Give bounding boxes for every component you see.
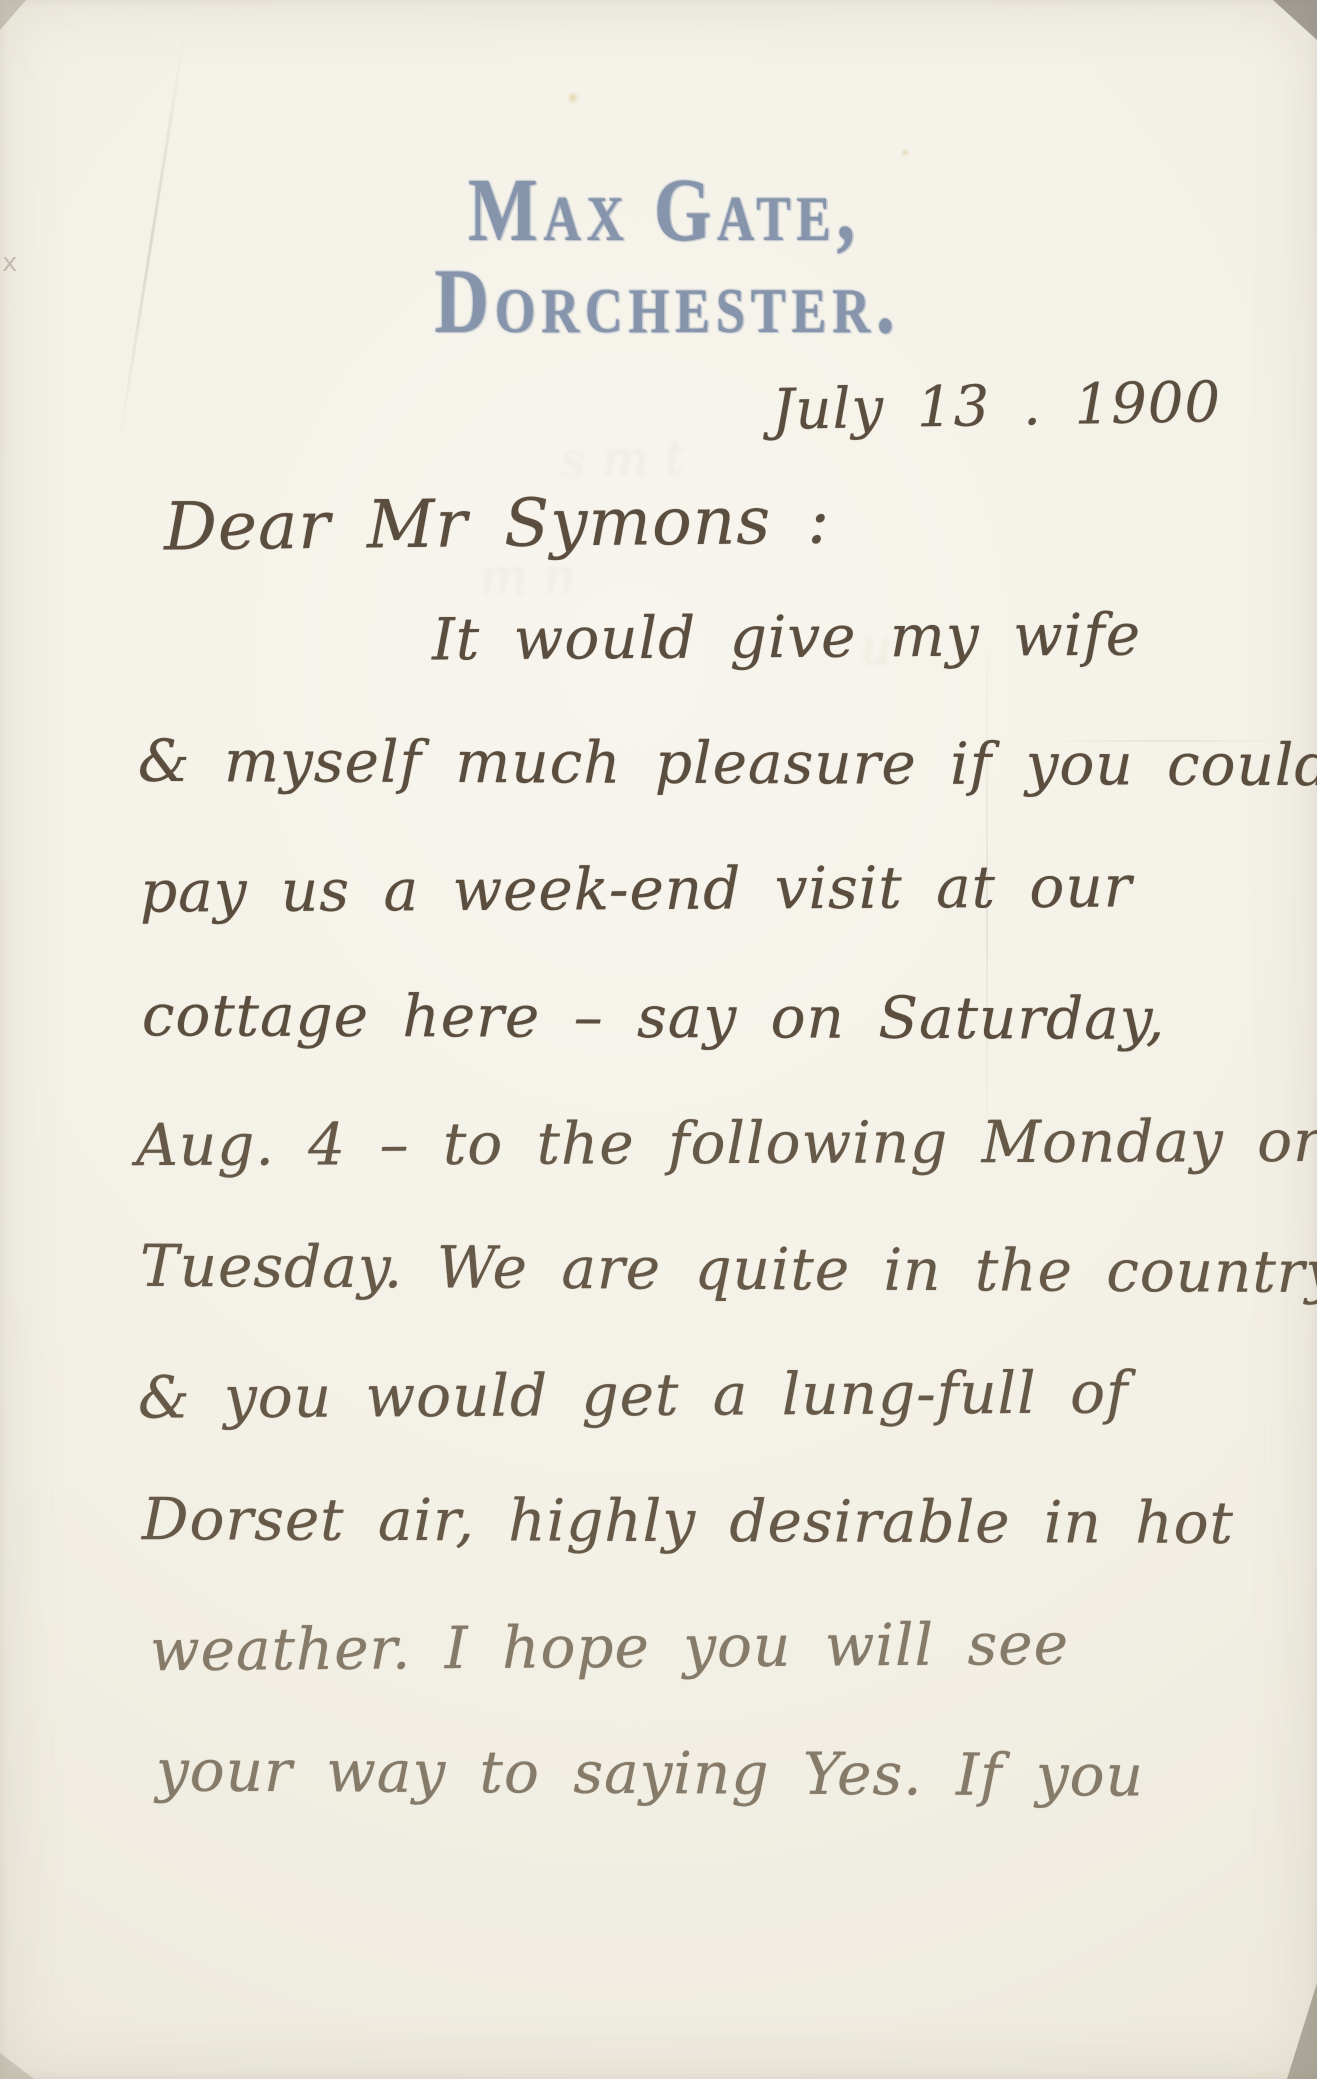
letterhead-line-dorchester: Dorchester. [135, 254, 1200, 348]
handwritten-line: your way to saying Yes. If you [156, 1739, 1144, 1808]
margin-pencil-mark: x [2, 248, 17, 278]
scan-corner-bottom-right [1287, 1983, 1317, 2079]
scan-corner-bottom-left [0, 2053, 34, 2079]
letter-page: s m t m n u Max Gate, Dorchester. x July… [0, 0, 1317, 2079]
handwritten-line: Dorset air, highly desirable in hot [142, 1488, 1234, 1556]
salutation-line: Dear Mr Symons : [164, 485, 831, 565]
date-line: July 13 . 1900 [771, 372, 1221, 441]
handwritten-line: Tuesday. We are quite in the country, [140, 1235, 1317, 1305]
scan-corner-top-right [1273, 0, 1317, 40]
handwritten-line: cottage here – say on Saturday, [142, 984, 1165, 1051]
paper-stain [900, 148, 910, 157]
handwritten-line: It would give my wife [432, 604, 1142, 673]
handwritten-line: weather. I hope you will see [150, 1613, 1069, 1683]
paper-stain [566, 92, 580, 104]
handwritten-line: pay us a week-end visit at our [140, 855, 1133, 924]
scan-corner-top-left [0, 0, 26, 30]
handwritten-line: Aug. 4 – to the following Monday or [136, 1110, 1317, 1178]
handwritten-line: & myself much pleasure if you could [138, 730, 1317, 798]
verso-showthrough: s m t [560, 429, 686, 489]
letterhead: Max Gate, Dorchester. [0, 168, 1317, 348]
handwritten-line: & you would get a lung-full of [138, 1361, 1129, 1430]
letterhead-line-max-gate: Max Gate, [129, 168, 1199, 254]
